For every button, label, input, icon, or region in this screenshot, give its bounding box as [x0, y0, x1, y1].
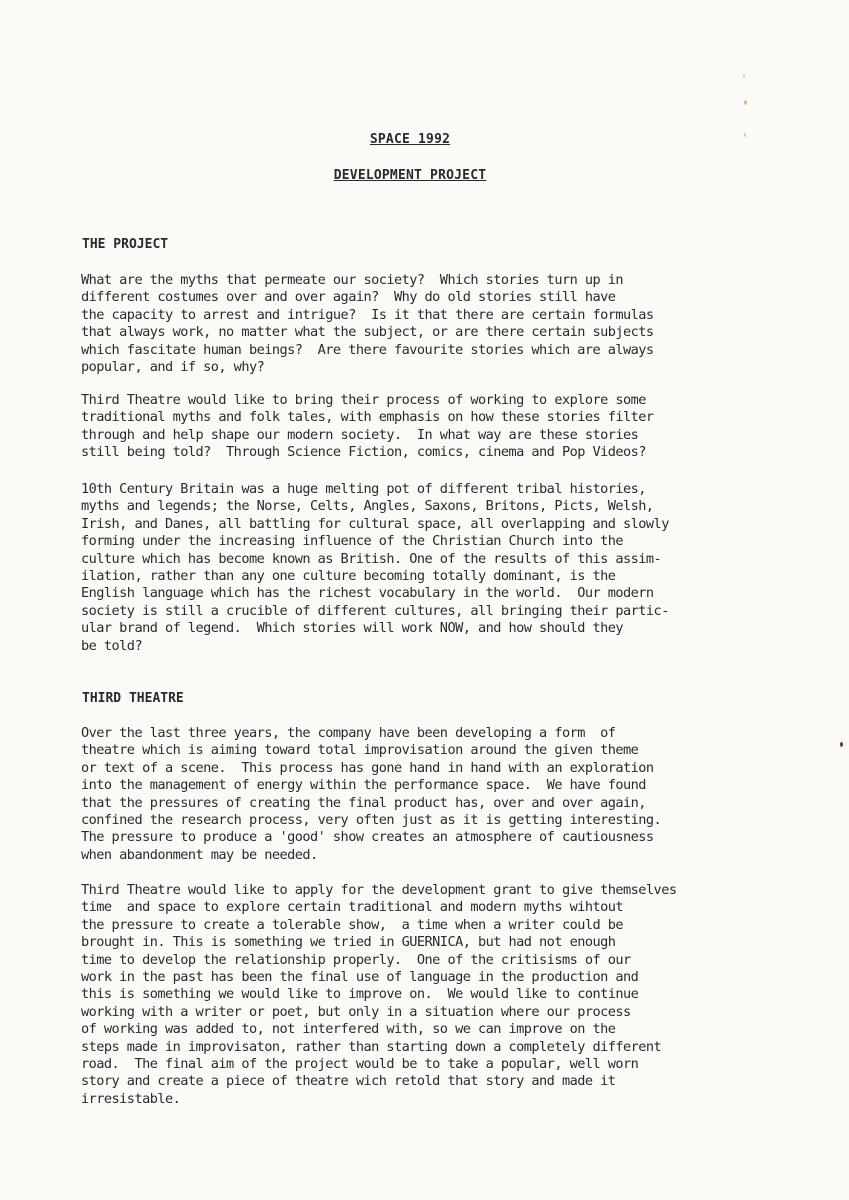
document-subtitle: DEVELOPMENT PROJECT: [0, 168, 820, 183]
section-heading-the-project: THE PROJECT: [82, 237, 168, 252]
paragraph: What are the myths that permeate our soc…: [81, 272, 801, 376]
paragraph: 10th Century Britain was a huge melting …: [81, 481, 801, 655]
paragraph: Third Theatre would like to bring their …: [81, 392, 801, 462]
paragraph: Third Theatre would like to apply for th…: [81, 882, 801, 1108]
document-title: SPACE 1992: [0, 132, 820, 147]
paper-stain: [840, 742, 843, 747]
paper-stain: [744, 133, 746, 137]
section-heading-third-theatre: THIRD THEATRE: [82, 691, 184, 706]
paper-stain: [743, 75, 745, 78]
paper-stain: [744, 100, 747, 105]
document-page: SPACE 1992 DEVELOPMENT PROJECT THE PROJE…: [0, 0, 849, 1200]
paragraph: Over the last three years, the company h…: [81, 725, 801, 864]
